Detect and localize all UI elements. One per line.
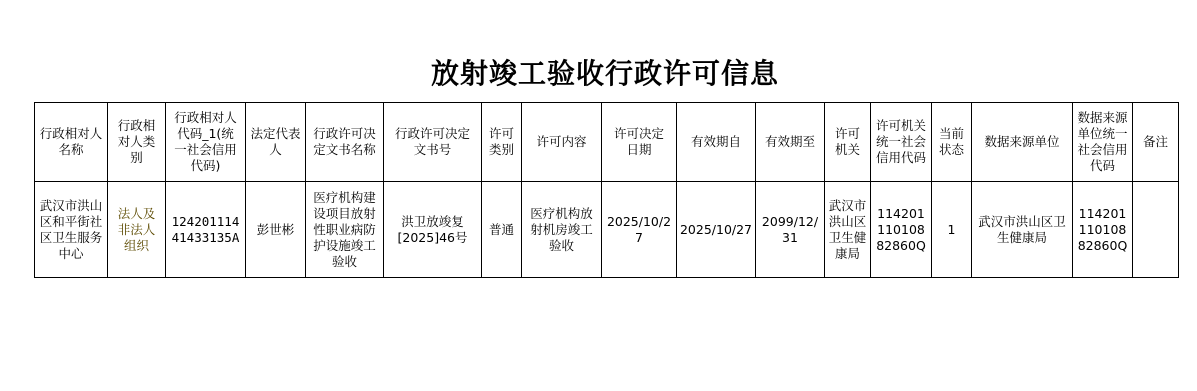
header-cell: 行政许可决定文书号 — [384, 103, 482, 182]
cell-legal-rep: 彭世彬 — [246, 182, 306, 278]
cell-authority: 武汉市洪山区卫生健康局 — [825, 182, 871, 278]
header-cell: 法定代表人 — [246, 103, 306, 182]
cell-permit-type: 普通 — [482, 182, 522, 278]
cell-name: 武汉市洪山区和平街社区卫生服务中心 — [35, 182, 108, 278]
cell-category: 法人及非法人组织 — [108, 182, 166, 278]
header-row: 行政相对人名称 行政相对人类别 行政相对人代码_1(统一社会信用代码) 法定代表… — [35, 103, 1179, 182]
cell-valid-to: 2099/12/31 — [756, 182, 825, 278]
cell-doc-no: 洪卫放竣复[2025]46号 — [384, 182, 482, 278]
cell-doc-name: 医疗机构建设项目放射性职业病防护设施竣工验收 — [306, 182, 384, 278]
header-cell: 行政许可决定文书名称 — [306, 103, 384, 182]
cell-authority-code: 11420111010882860Q — [871, 182, 932, 278]
header-cell: 许可决定日期 — [602, 103, 677, 182]
header-cell: 许可机关统一社会信用代码 — [871, 103, 932, 182]
cell-source-code: 11420111010882860Q — [1073, 182, 1133, 278]
cell-content: 医疗机构放射机房竣工验收 — [522, 182, 602, 278]
header-cell: 许可类别 — [482, 103, 522, 182]
header-cell: 许可内容 — [522, 103, 602, 182]
cell-source-unit: 武汉市洪山区卫生健康局 — [972, 182, 1073, 278]
cell-decision-date: 2025/10/27 — [602, 182, 677, 278]
table-row: 武汉市洪山区和平街社区卫生服务中心 法人及非法人组织 1242011144143… — [35, 182, 1179, 278]
header-cell: 行政相对人代码_1(统一社会信用代码) — [166, 103, 246, 182]
header-cell: 备注 — [1133, 103, 1179, 182]
header-cell: 行政相对人名称 — [35, 103, 108, 182]
cell-valid-from: 2025/10/27 — [677, 182, 756, 278]
cell-code: 12420111441433135A — [166, 182, 246, 278]
page-title: 放射竣工验收行政许可信息 — [0, 56, 1197, 92]
cell-remark — [1133, 182, 1179, 278]
header-cell: 有效期自 — [677, 103, 756, 182]
header-cell: 行政相对人类别 — [108, 103, 166, 182]
header-cell: 数据来源单位统一社会信用代码 — [1073, 103, 1133, 182]
permit-table: 行政相对人名称 行政相对人类别 行政相对人代码_1(统一社会信用代码) 法定代表… — [34, 102, 1179, 278]
header-cell: 有效期至 — [756, 103, 825, 182]
cell-status: 1 — [932, 182, 972, 278]
header-cell: 数据来源单位 — [972, 103, 1073, 182]
header-cell: 许可机关 — [825, 103, 871, 182]
header-cell: 当前状态 — [932, 103, 972, 182]
